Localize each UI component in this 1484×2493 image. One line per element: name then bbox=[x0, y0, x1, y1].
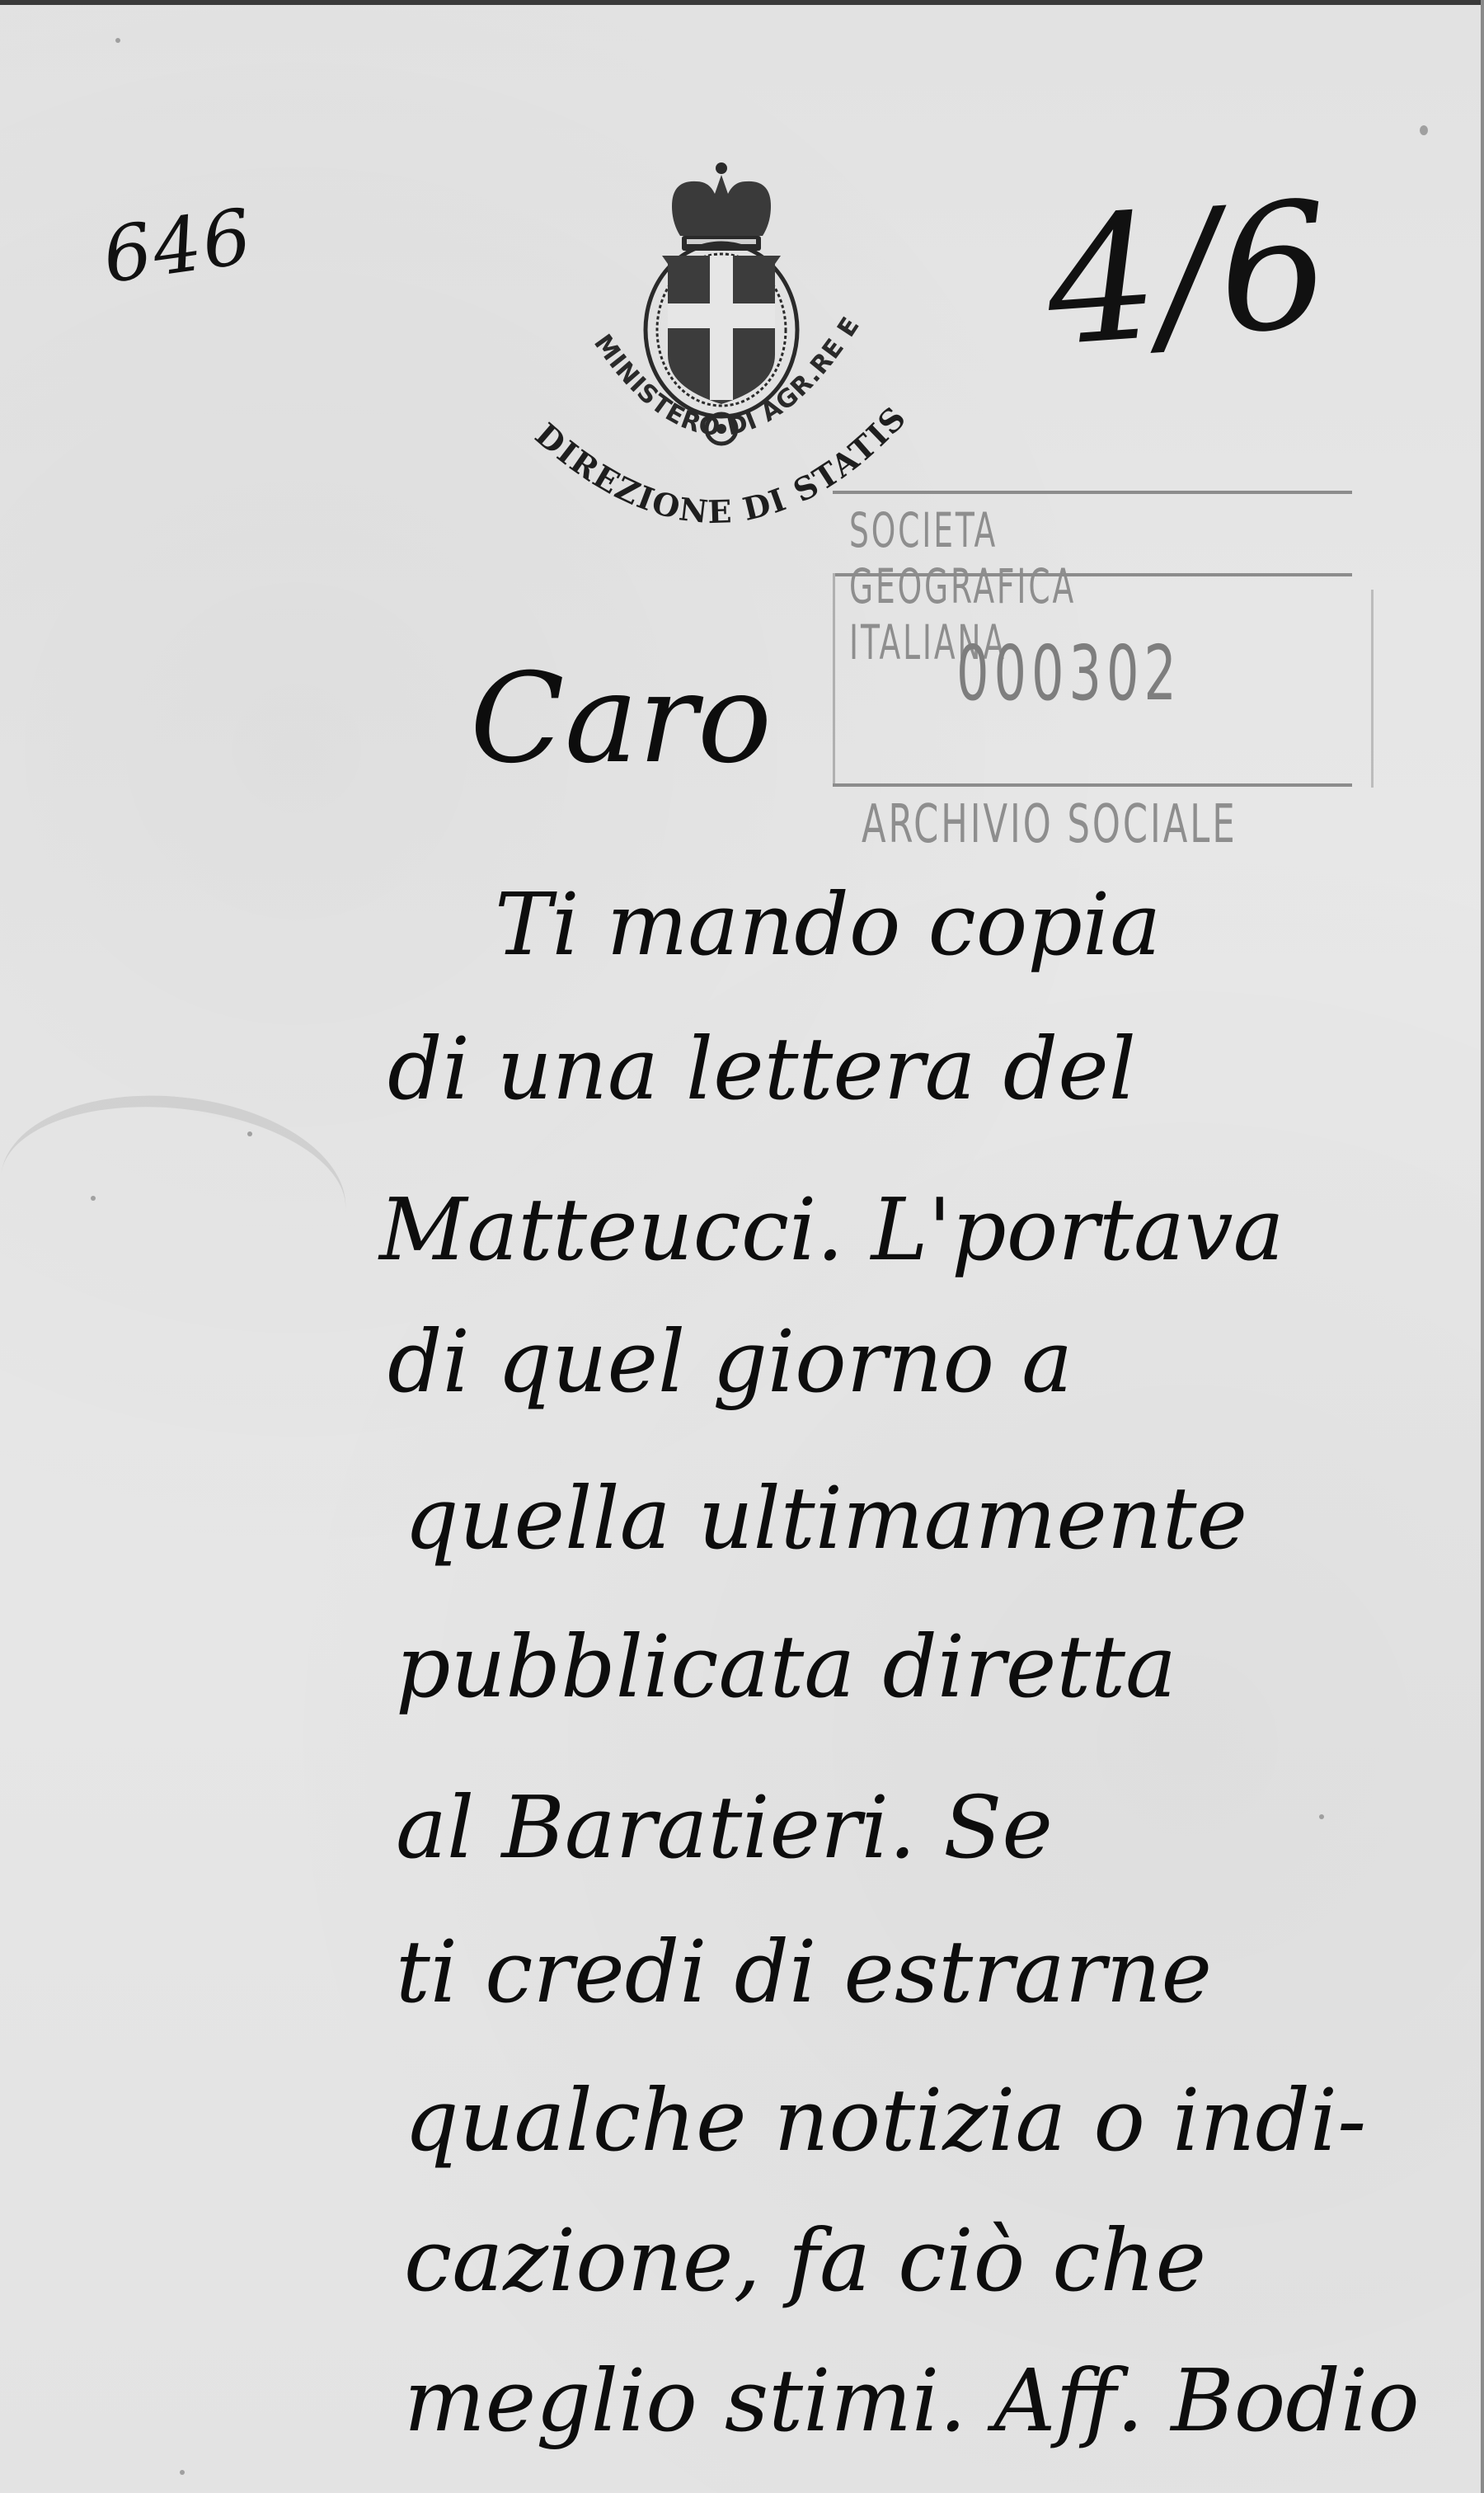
paper-speck bbox=[247, 1131, 252, 1136]
letter-line: Ti mando copia bbox=[495, 874, 1161, 975]
stamp-footer: ARCHIVIO SOCIALE bbox=[862, 794, 1237, 855]
letter-line: qualche notizia o indi- bbox=[404, 2070, 1366, 2171]
archive-reference-number: 646 bbox=[97, 192, 258, 300]
archive-stamp: SOCIETA GEOGRAFICA ITALIANA 000302 ARCHI… bbox=[824, 482, 1385, 849]
stamp-rule bbox=[833, 783, 1352, 787]
paper-speck bbox=[180, 2470, 185, 2475]
letter-line: quella ultimamente bbox=[404, 1468, 1247, 1569]
letter-line: Matteucci. L'portava bbox=[379, 1179, 1284, 1280]
letter-line: al Baratieri. Se bbox=[396, 1777, 1053, 1878]
letter-salutation: Caro bbox=[470, 647, 772, 791]
paper-speck bbox=[91, 1196, 96, 1201]
stamp-archive-number: 000302 bbox=[956, 629, 1181, 717]
letter-line: pubblicata diretta bbox=[396, 1616, 1176, 1717]
svg-text:MINISTERO DI AGR.RE E COMMERCI: MINISTERO DI AGR.RE E COMMERCIO bbox=[507, 157, 866, 442]
stamp-border bbox=[833, 573, 835, 783]
letter-line: di una lettera del bbox=[387, 1018, 1136, 1119]
paper-speck bbox=[1420, 125, 1428, 135]
letterhead-ministry-text: MINISTERO DI AGR.RE E COMMERCIO bbox=[507, 157, 866, 442]
paper-speck bbox=[115, 38, 120, 43]
letter-closing-signature: meglio stimi. Aff. Bodio bbox=[404, 2350, 1420, 2451]
scan-right-edge bbox=[1481, 0, 1484, 2493]
stamp-rule bbox=[833, 573, 1352, 576]
stamp-rule bbox=[833, 491, 1352, 494]
paper-speck bbox=[1319, 1814, 1324, 1819]
letter-line: di quel giorno a bbox=[387, 1311, 1073, 1412]
page-fraction: 4/6 bbox=[1040, 163, 1337, 384]
scan-top-edge bbox=[0, 0, 1484, 5]
letter-line: cazione, fa ciò che bbox=[404, 2210, 1206, 2311]
paper-crease bbox=[0, 1080, 355, 1308]
letter-line: ti credi di estrarne bbox=[396, 1921, 1212, 2022]
document-page: 646 4/6 bbox=[0, 0, 1484, 2493]
stamp-border bbox=[1371, 590, 1374, 788]
